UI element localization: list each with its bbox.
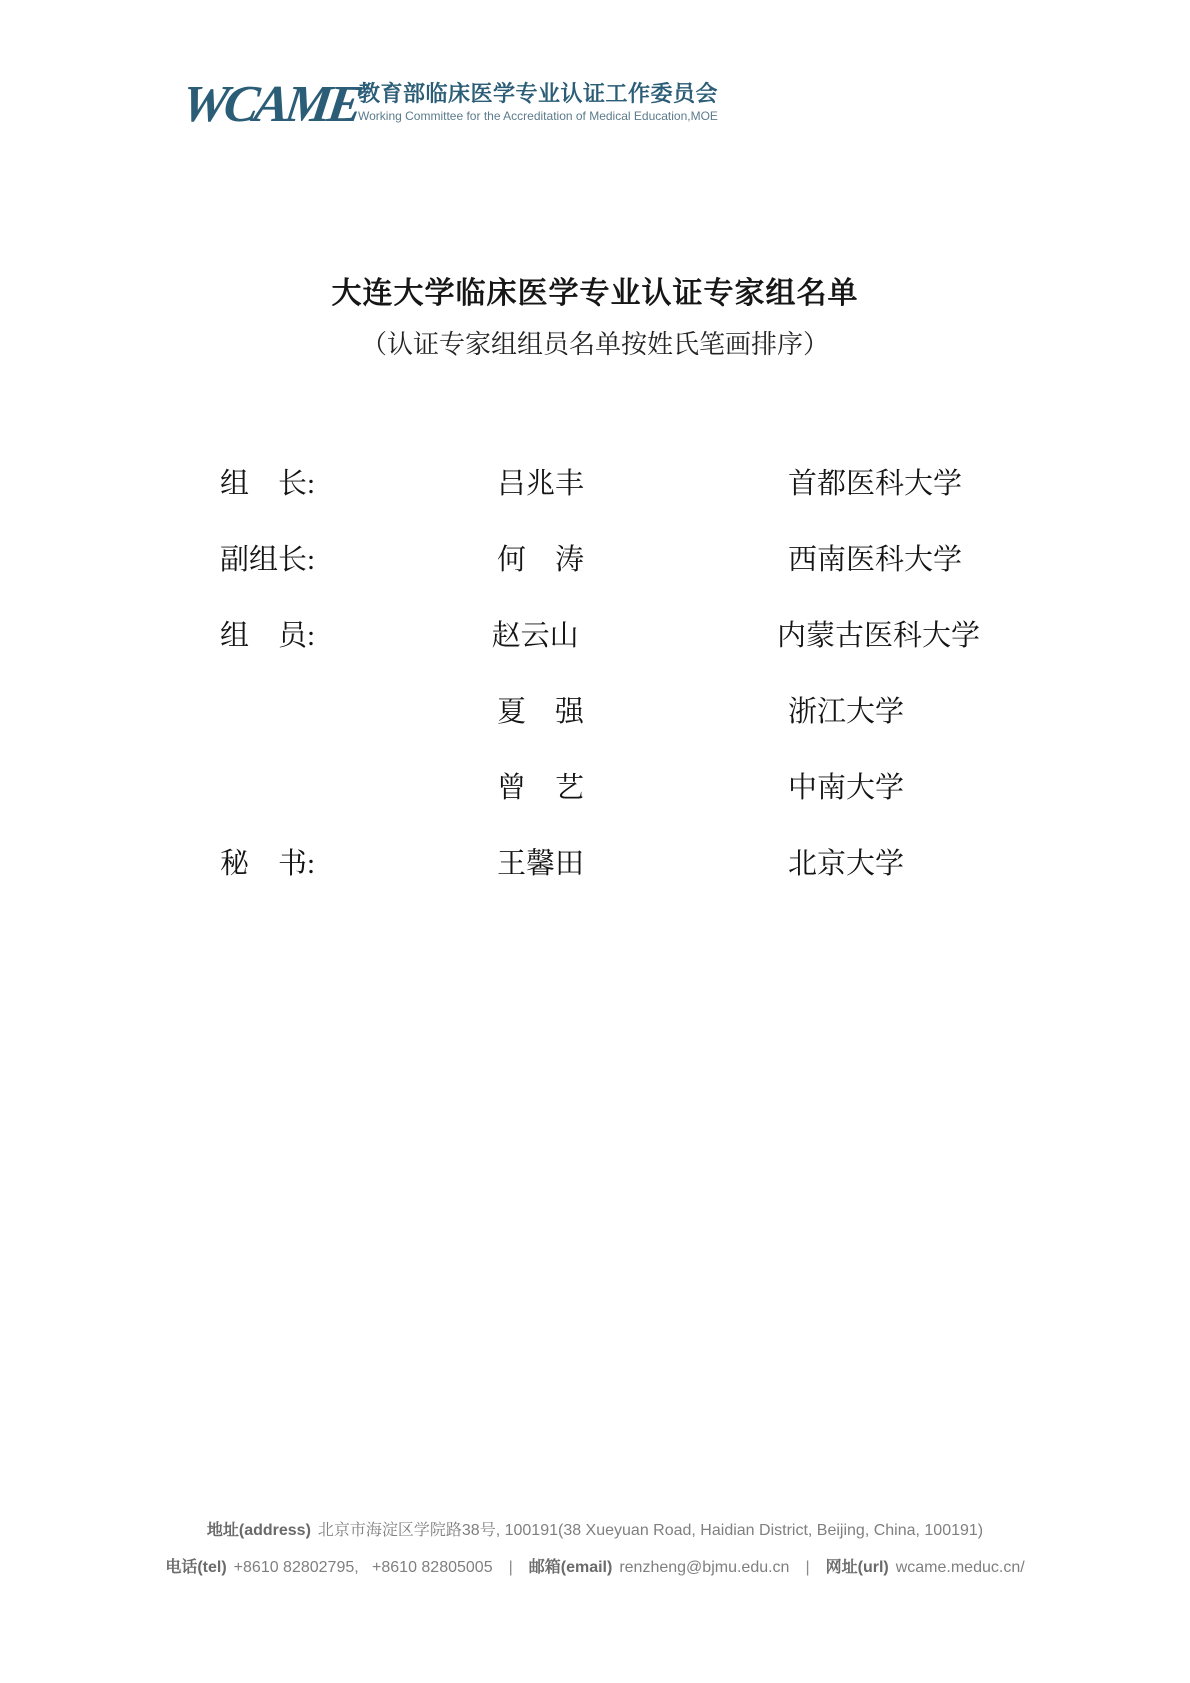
wcame-logo-text: WCAME — [178, 78, 362, 132]
roster-university: 首都医科大学 — [788, 470, 980, 499]
roster-row: 组 员:赵云山内蒙古医科大学 — [220, 622, 980, 651]
footer-separator: | — [509, 1558, 513, 1577]
roster-row: 夏 强浙江大学 — [220, 698, 980, 727]
roster-row: 组 长:吕兆丰首都医科大学 — [220, 470, 980, 499]
tel-label: 电话(tel) — [165, 1559, 226, 1576]
roster-row: 副组长:何 涛西南医科大学 — [220, 546, 980, 575]
roster-role — [220, 698, 497, 727]
footer-address-line: 地址(address)北京市海淀区学院路38号, 100191(38 Xueyu… — [0, 1521, 1190, 1540]
page-subtitle: （认证专家组组员名单按姓氏笔画排序） — [0, 330, 1190, 360]
roster-university: 中南大学 — [788, 774, 980, 803]
address-label: 地址(address) — [207, 1522, 311, 1539]
roster-university: 内蒙古医科大学 — [777, 622, 980, 651]
roster-university: 西南医科大学 — [788, 546, 980, 575]
org-name-zh: 教育部临床医学专业认证工作委员会 — [358, 82, 778, 106]
org-name-block: 教育部临床医学专业认证工作委员会 Working Committee for t… — [358, 82, 778, 123]
roster-name: 王馨田 — [497, 850, 788, 879]
page-title: 大连大学临床医学专业认证专家组名单 — [0, 277, 1190, 311]
roster-name: 何 涛 — [497, 546, 788, 575]
footer-contact-line: 电话(tel)+8610 82802795, +8610 82805005|邮箱… — [0, 1558, 1190, 1577]
roster-university: 浙江大学 — [788, 698, 980, 727]
roster: 组 长:吕兆丰首都医科大学副组长:何 涛西南医科大学组 员:赵云山内蒙古医科大学… — [220, 470, 980, 926]
roster-role — [220, 774, 497, 803]
footer-separator: | — [805, 1558, 809, 1577]
roster-name: 吕兆丰 — [497, 470, 788, 499]
roster-role: 秘 书: — [220, 850, 497, 879]
roster-row: 曾 艺中南大学 — [220, 774, 980, 803]
roster-name: 赵云山 — [492, 622, 777, 651]
roster-role: 组 员: — [220, 622, 492, 651]
roster-name: 夏 强 — [497, 698, 788, 727]
email-value: renzheng@bjmu.edu.cn — [619, 1559, 789, 1576]
url-value: wcame.meduc.cn/ — [896, 1559, 1025, 1576]
tel-value: +8610 82802795, +8610 82805005 — [234, 1559, 493, 1576]
roster-name: 曾 艺 — [497, 774, 788, 803]
email-label: 邮箱(email) — [529, 1559, 613, 1576]
roster-university: 北京大学 — [788, 850, 980, 879]
address-value: 北京市海淀区学院路38号, 100191(38 Xueyuan Road, Ha… — [318, 1522, 983, 1539]
org-name-en: Working Committee for the Accreditation … — [358, 110, 778, 123]
url-label: 网址(url) — [826, 1559, 889, 1576]
document-page: WCAME 教育部临床医学专业认证工作委员会 Working Committee… — [0, 0, 1190, 1683]
roster-row: 秘 书:王馨田北京大学 — [220, 850, 980, 879]
roster-role: 组 长: — [220, 470, 497, 499]
wcame-logo: WCAME — [182, 78, 352, 132]
roster-role: 副组长: — [220, 546, 497, 575]
